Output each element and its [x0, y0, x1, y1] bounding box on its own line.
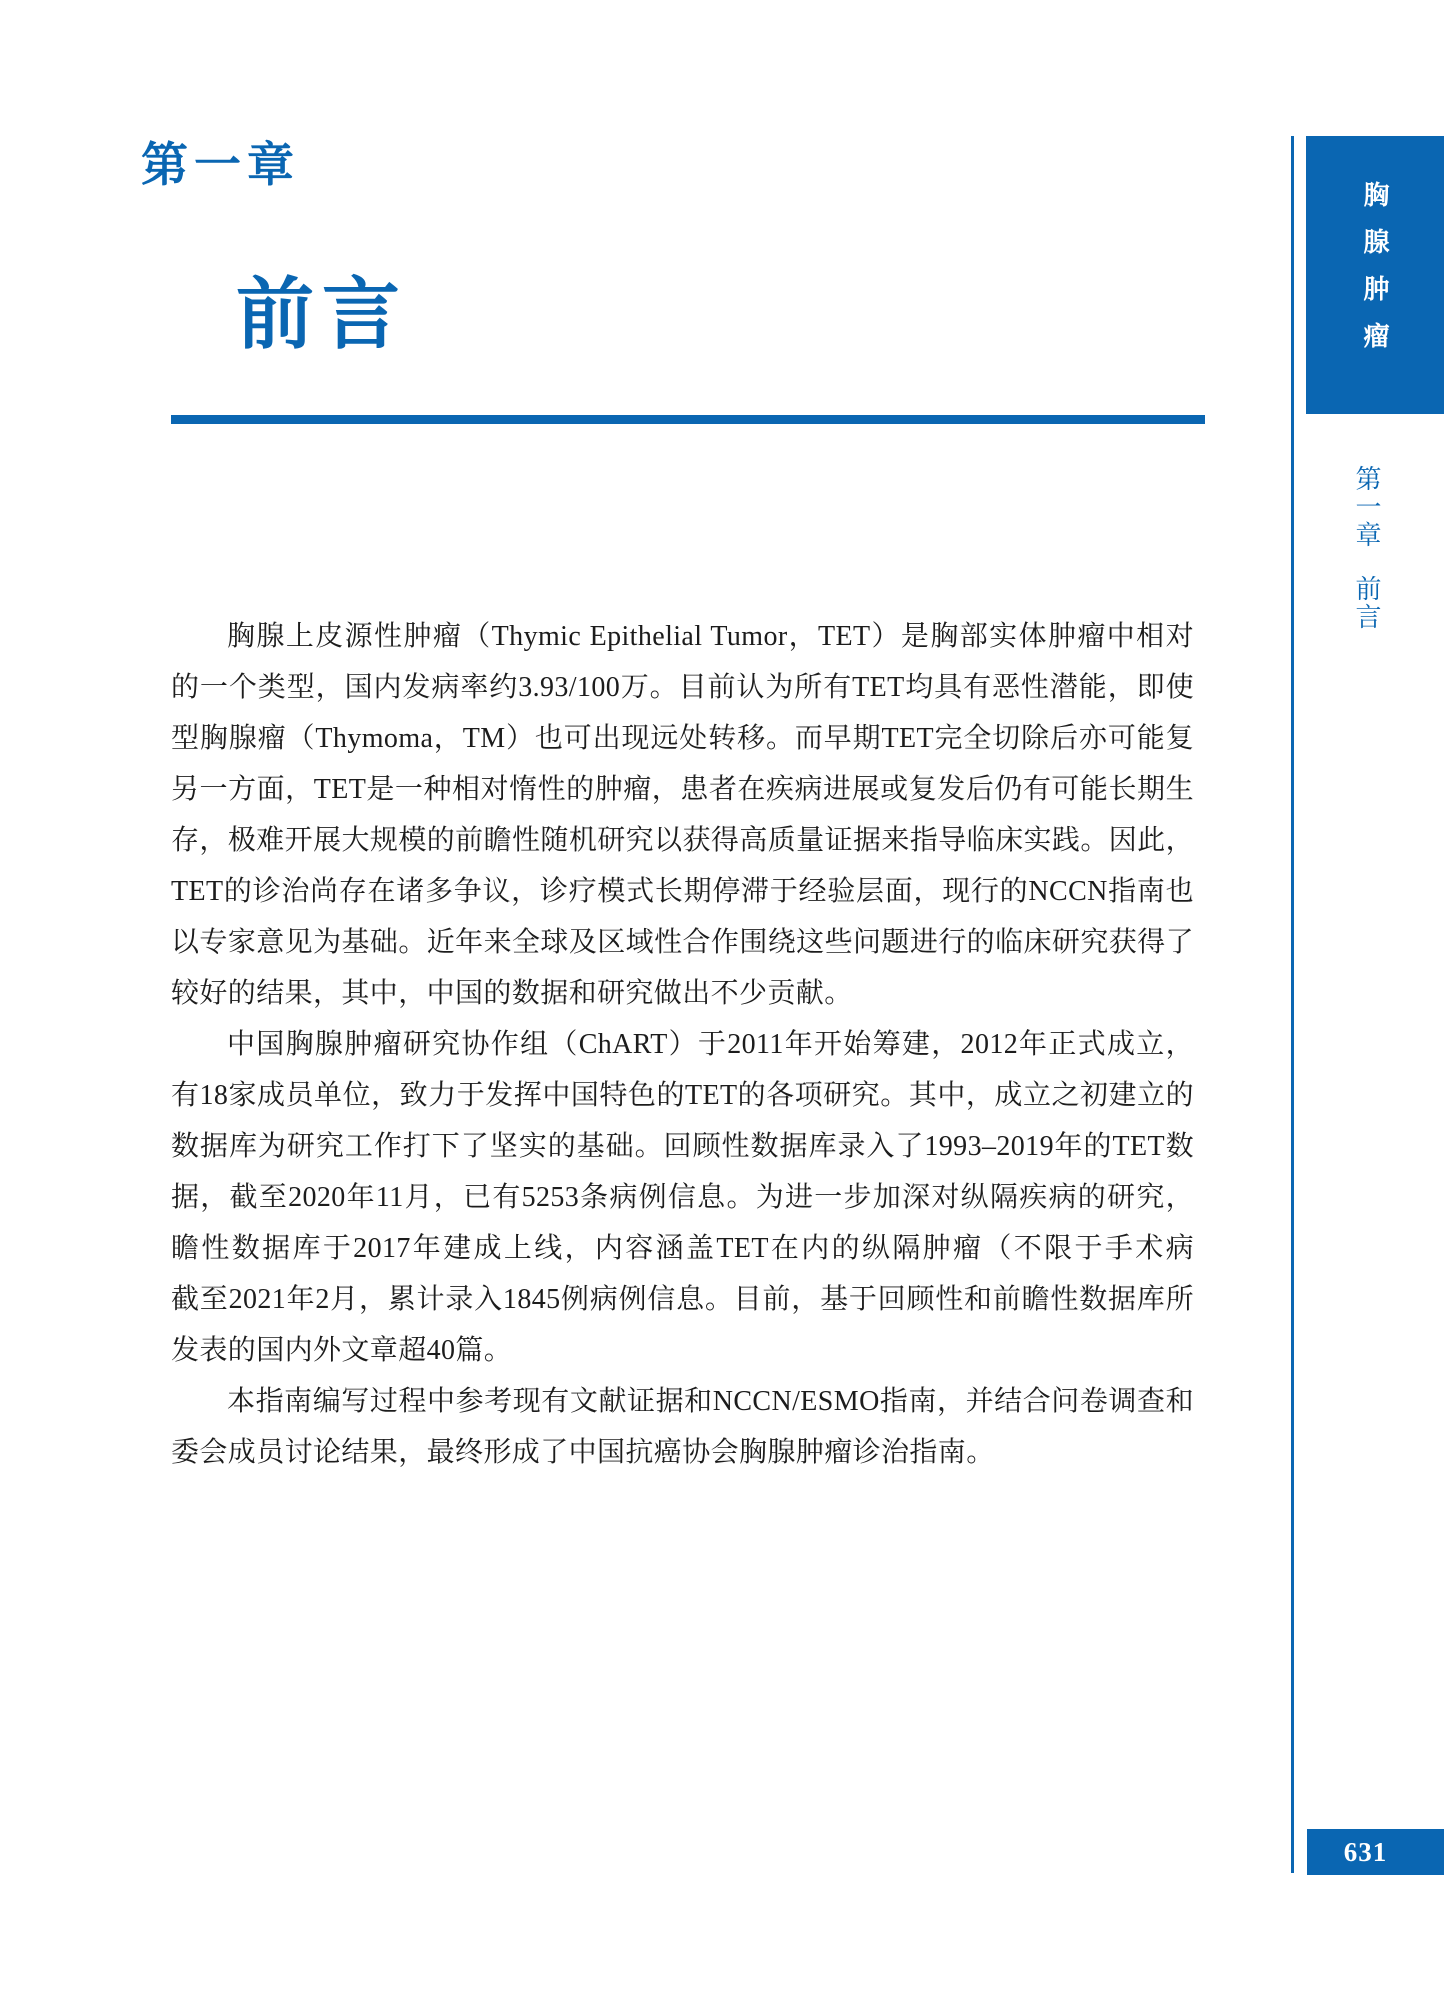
- text-line: 截至2021年2月，累计录入1845例病例信息。目前，基于回顾性和前瞻性数据库所: [171, 1274, 1194, 1325]
- text-line: 有18家成员单位，致力于发挥中国特色的TET的各项研究。其中，成立之初建立的: [171, 1070, 1194, 1121]
- text-line: 另一方面，TET是一种相对惰性的肿瘤，患者在疾病进展或复发后仍有可能长期生: [171, 764, 1194, 815]
- sidebar-chapter-marker-title: 前言: [1353, 575, 1379, 631]
- text-line: 中国胸腺肿瘤研究协作组（ChART）于2011年开始筹建，2012年正式成立，拥: [171, 1019, 1194, 1070]
- sidebar-section-tab: 胸腺肿瘤: [1306, 136, 1444, 414]
- page-title: 前言: [236, 252, 408, 364]
- text-line: 据，截至2020年11月，已有5253条病例信息。为进一步加深对纵隔疾病的研究，…: [171, 1172, 1194, 1223]
- text-line: 发表的国内外文章超40篇。: [171, 1325, 1194, 1376]
- sidebar-chapter-marker: 第一章 前言: [1340, 465, 1392, 631]
- body-text: 胸腺上皮源性肿瘤（Thymic Epithelial Tumor，TET）是胸部…: [171, 611, 1194, 1478]
- text-line: 本指南编写过程中参考现有文献证据和NCCN/ESMO指南，并结合问卷调查和专: [171, 1376, 1194, 1427]
- chapter-label: 第一章: [141, 128, 300, 195]
- text-line: 胸腺上皮源性肿瘤（Thymic Epithelial Tumor，TET）是胸部…: [171, 611, 1194, 662]
- title-divider-rule: [171, 415, 1205, 424]
- text-line: 存，极难开展大规模的前瞻性随机研究以获得高质量证据来指导临床实践。因此，: [171, 815, 1194, 866]
- sidebar-chapter-marker-chapter: 第一章: [1353, 465, 1379, 549]
- text-line: 以专家意见为基础。近年来全球及区域性合作围绕这些问题进行的临床研究获得了: [171, 917, 1194, 968]
- document-page: 第一章 前言 胸腺上皮源性肿瘤（Thymic Epithelial Tumor，…: [0, 0, 1444, 2010]
- text-line: 数据库为研究工作打下了坚实的基础。回顾性数据库录入了1993–2019年的TET…: [171, 1121, 1194, 1172]
- page-number: 631: [1344, 1837, 1388, 1868]
- sidebar-divider-line: [1291, 136, 1294, 1873]
- text-line: TET的诊治尚存在诸多争议，诊疗模式长期停滞于经验层面，现行的NCCN指南也是: [171, 866, 1194, 917]
- text-line: 较好的结果，其中，中国的数据和研究做出不少贡献。: [171, 968, 1194, 1019]
- text-line: 瞻性数据库于2017年建成上线，内容涵盖TET在内的纵隔肿瘤（不限于手术病例），: [171, 1223, 1194, 1274]
- text-line: 的一个类型，国内发病率约3.93/100万。目前认为所有TET均具有恶性潜能，即…: [171, 662, 1194, 713]
- page-number-badge: 631: [1307, 1829, 1444, 1875]
- text-line: 型胸腺瘤（Thymoma，TM）也可出现远处转移。而早期TET完全切除后亦可能复…: [171, 713, 1194, 764]
- sidebar-section-tab-label: 胸腺肿瘤: [1362, 181, 1388, 369]
- text-line: 委会成员讨论结果，最终形成了中国抗癌协会胸腺肿瘤诊治指南。: [171, 1427, 1194, 1478]
